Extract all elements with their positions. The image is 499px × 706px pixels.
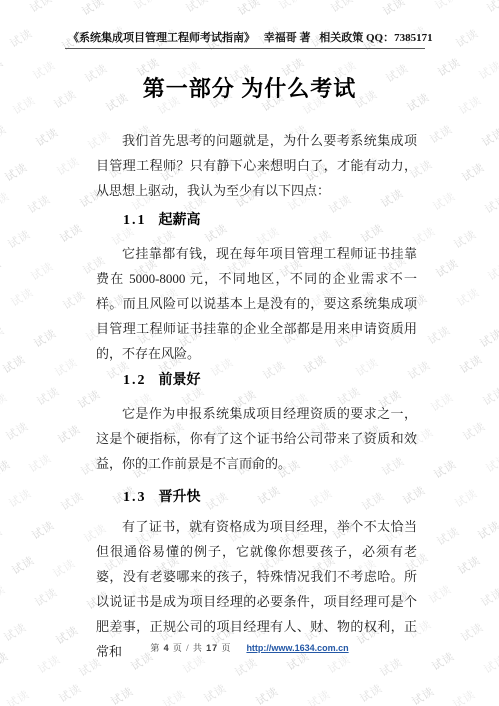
watermark-text: 试读 [428, 389, 457, 415]
section-title: 起薪高 [159, 213, 201, 228]
watermark-text: 试读 [427, 121, 456, 147]
watermark-text: 试读 [56, 680, 85, 706]
watermark-text: 试读 [9, 552, 38, 578]
section-heading-1-3: 1.3晋升快 [96, 488, 417, 508]
watermark-text: 试读 [276, 0, 305, 13]
watermark-text: 试读 [431, 456, 460, 482]
watermark-text: 试读 [28, 258, 57, 284]
watermark-text: 试读 [0, 322, 7, 348]
section-paragraph-1-1: 它挂靠都有钱，现在每年项目管理工程师证书挂靠费在 5000-8000 元，不同地… [96, 241, 417, 366]
watermark-text: 试读 [201, 680, 230, 706]
watermark-text: 试读 [481, 651, 499, 677]
document-body: 我们首先思考的问题就是，为什么要考系统集成项目管理工程师？只有静下心来想明白了，… [96, 128, 417, 664]
watermark-text: 试读 [459, 159, 488, 185]
watermark-text: 试读 [0, 121, 9, 147]
watermark-text: 试读 [0, 351, 28, 377]
watermark-text: 试读 [426, 581, 455, 607]
header-author: 幸福哥 著 [264, 32, 311, 44]
watermark-text: 试读 [60, 287, 89, 313]
watermark-text: 试读 [29, 517, 58, 543]
watermark-text: 试读 [131, 0, 160, 13]
watermark-text: 试读 [475, 517, 499, 543]
watermark-text: 试读 [6, 485, 35, 511]
watermark-text: 试读 [7, 25, 36, 51]
watermark-text: 试读 [3, 418, 32, 444]
watermark-text: 试读 [2, 159, 31, 185]
watermark-text: 试读 [160, 686, 189, 706]
watermark-text: 试读 [479, 124, 499, 150]
watermark-text: 试读 [58, 488, 87, 514]
watermark-text: 试读 [477, 325, 499, 351]
watermark-text: 试读 [31, 325, 60, 351]
watermark-text: 试读 [480, 383, 499, 409]
watermark-text: 试读 [454, 284, 483, 310]
watermark-text: 试读 [409, 683, 438, 706]
section-title: 前景好 [159, 373, 201, 388]
watermark-text: 试读 [460, 418, 489, 444]
watermark-text: 试读 [357, 680, 386, 706]
section-number: 1.1 [123, 213, 147, 228]
watermark-text: 试读 [79, 0, 108, 19]
watermark-text: 试读 [183, 0, 212, 16]
watermark-text: 试读 [328, 0, 357, 16]
watermark-text: 试读 [108, 683, 137, 706]
watermark-text: 试读 [455, 552, 484, 578]
watermark-text: 试读 [55, 421, 84, 447]
footer-url-link[interactable]: http://www.1634.com.cn [246, 643, 348, 653]
watermark-text: 试读 [4, 686, 33, 706]
watermark-text: 试读 [27, 0, 56, 16]
watermark-text: 试读 [478, 584, 499, 610]
watermark-text: 试读 [434, 523, 463, 549]
section-heading-1-1: 1.1起薪高 [96, 211, 417, 231]
watermark-text: 试读 [34, 383, 63, 409]
header-book-title: 《系统集成项目管理工程师考试指南》 [68, 32, 255, 44]
watermark-text: 试读 [483, 450, 499, 476]
section-title: 晋升快 [159, 490, 201, 505]
watermark-text: 试读 [25, 191, 54, 217]
page-footer: 第 4 页 / 共 17 页 http://www.1634.com.cn [0, 641, 499, 654]
watermark-text: 试读 [430, 188, 459, 214]
watermark-text: 试读 [425, 322, 454, 348]
intro-paragraph: 我们首先思考的问题就是，为什么要考系统集成项目管理工程师？只有静下心来想明白了，… [96, 128, 417, 203]
watermark-text: 试读 [0, 389, 10, 415]
watermark-text: 试读 [450, 686, 479, 706]
watermark-text: 试读 [8, 284, 37, 310]
watermark-text: 试读 [0, 255, 4, 281]
watermark-text: 试读 [0, 581, 8, 607]
watermark-text: 试读 [305, 686, 334, 706]
watermark-text: 试读 [380, 0, 409, 19]
watermark-text: 试读 [453, 25, 482, 51]
page-header: 《系统集成项目管理工程师考试指南》 幸福哥 著 相关政策 QQ：7385171 [65, 31, 425, 49]
watermark-text: 试读 [482, 191, 499, 217]
watermark-text: 试读 [50, 555, 79, 581]
section-heading-1-2: 1.2前景好 [96, 371, 417, 391]
watermark-text: 试读 [0, 456, 13, 482]
watermark-text: 试读 [33, 124, 62, 150]
watermark-text: 试读 [35, 651, 64, 677]
header-contact: 相关政策 QQ：7385171 [319, 32, 432, 44]
watermark-text: 试读 [57, 220, 86, 246]
watermark-text: 试读 [52, 354, 81, 380]
watermark-text: 试读 [253, 683, 282, 706]
watermark-text: 试读 [452, 485, 481, 511]
watermark-text: 试读 [32, 584, 61, 610]
watermark-text: 试读 [26, 450, 55, 476]
watermark-text: 试读 [457, 351, 486, 377]
watermark-text: 试读 [0, 0, 3, 13]
part-title: 第一部分 为什么考试 [0, 74, 499, 104]
watermark-text: 试读 [485, 258, 499, 284]
watermark-text: 试读 [433, 255, 462, 281]
watermark-text: 试读 [5, 226, 34, 252]
watermark-text: 试读 [484, 0, 499, 16]
section-paragraph-1-2: 它是作为申报系统集成项目经理资质的要求之一，这是个硬指标，你有了这个证书给公司带… [96, 401, 417, 476]
watermark-text: 试读 [54, 153, 83, 179]
watermark-text: 试读 [0, 523, 5, 549]
watermark-text: 试读 [451, 226, 480, 252]
document-page: 试读试读试读试读试读试读试读试读试读试读试读试读试读试读试读试读试读试读试读试读… [0, 0, 499, 706]
section-number: 1.3 [123, 490, 147, 505]
watermark-text: 试读 [235, 0, 264, 19]
section-number: 1.2 [123, 373, 147, 388]
watermark-text: 试读 [0, 188, 12, 214]
page-number-indicator: 第 4 页 / 共 17 页 [150, 641, 231, 654]
watermark-text: 试读 [432, 0, 461, 13]
